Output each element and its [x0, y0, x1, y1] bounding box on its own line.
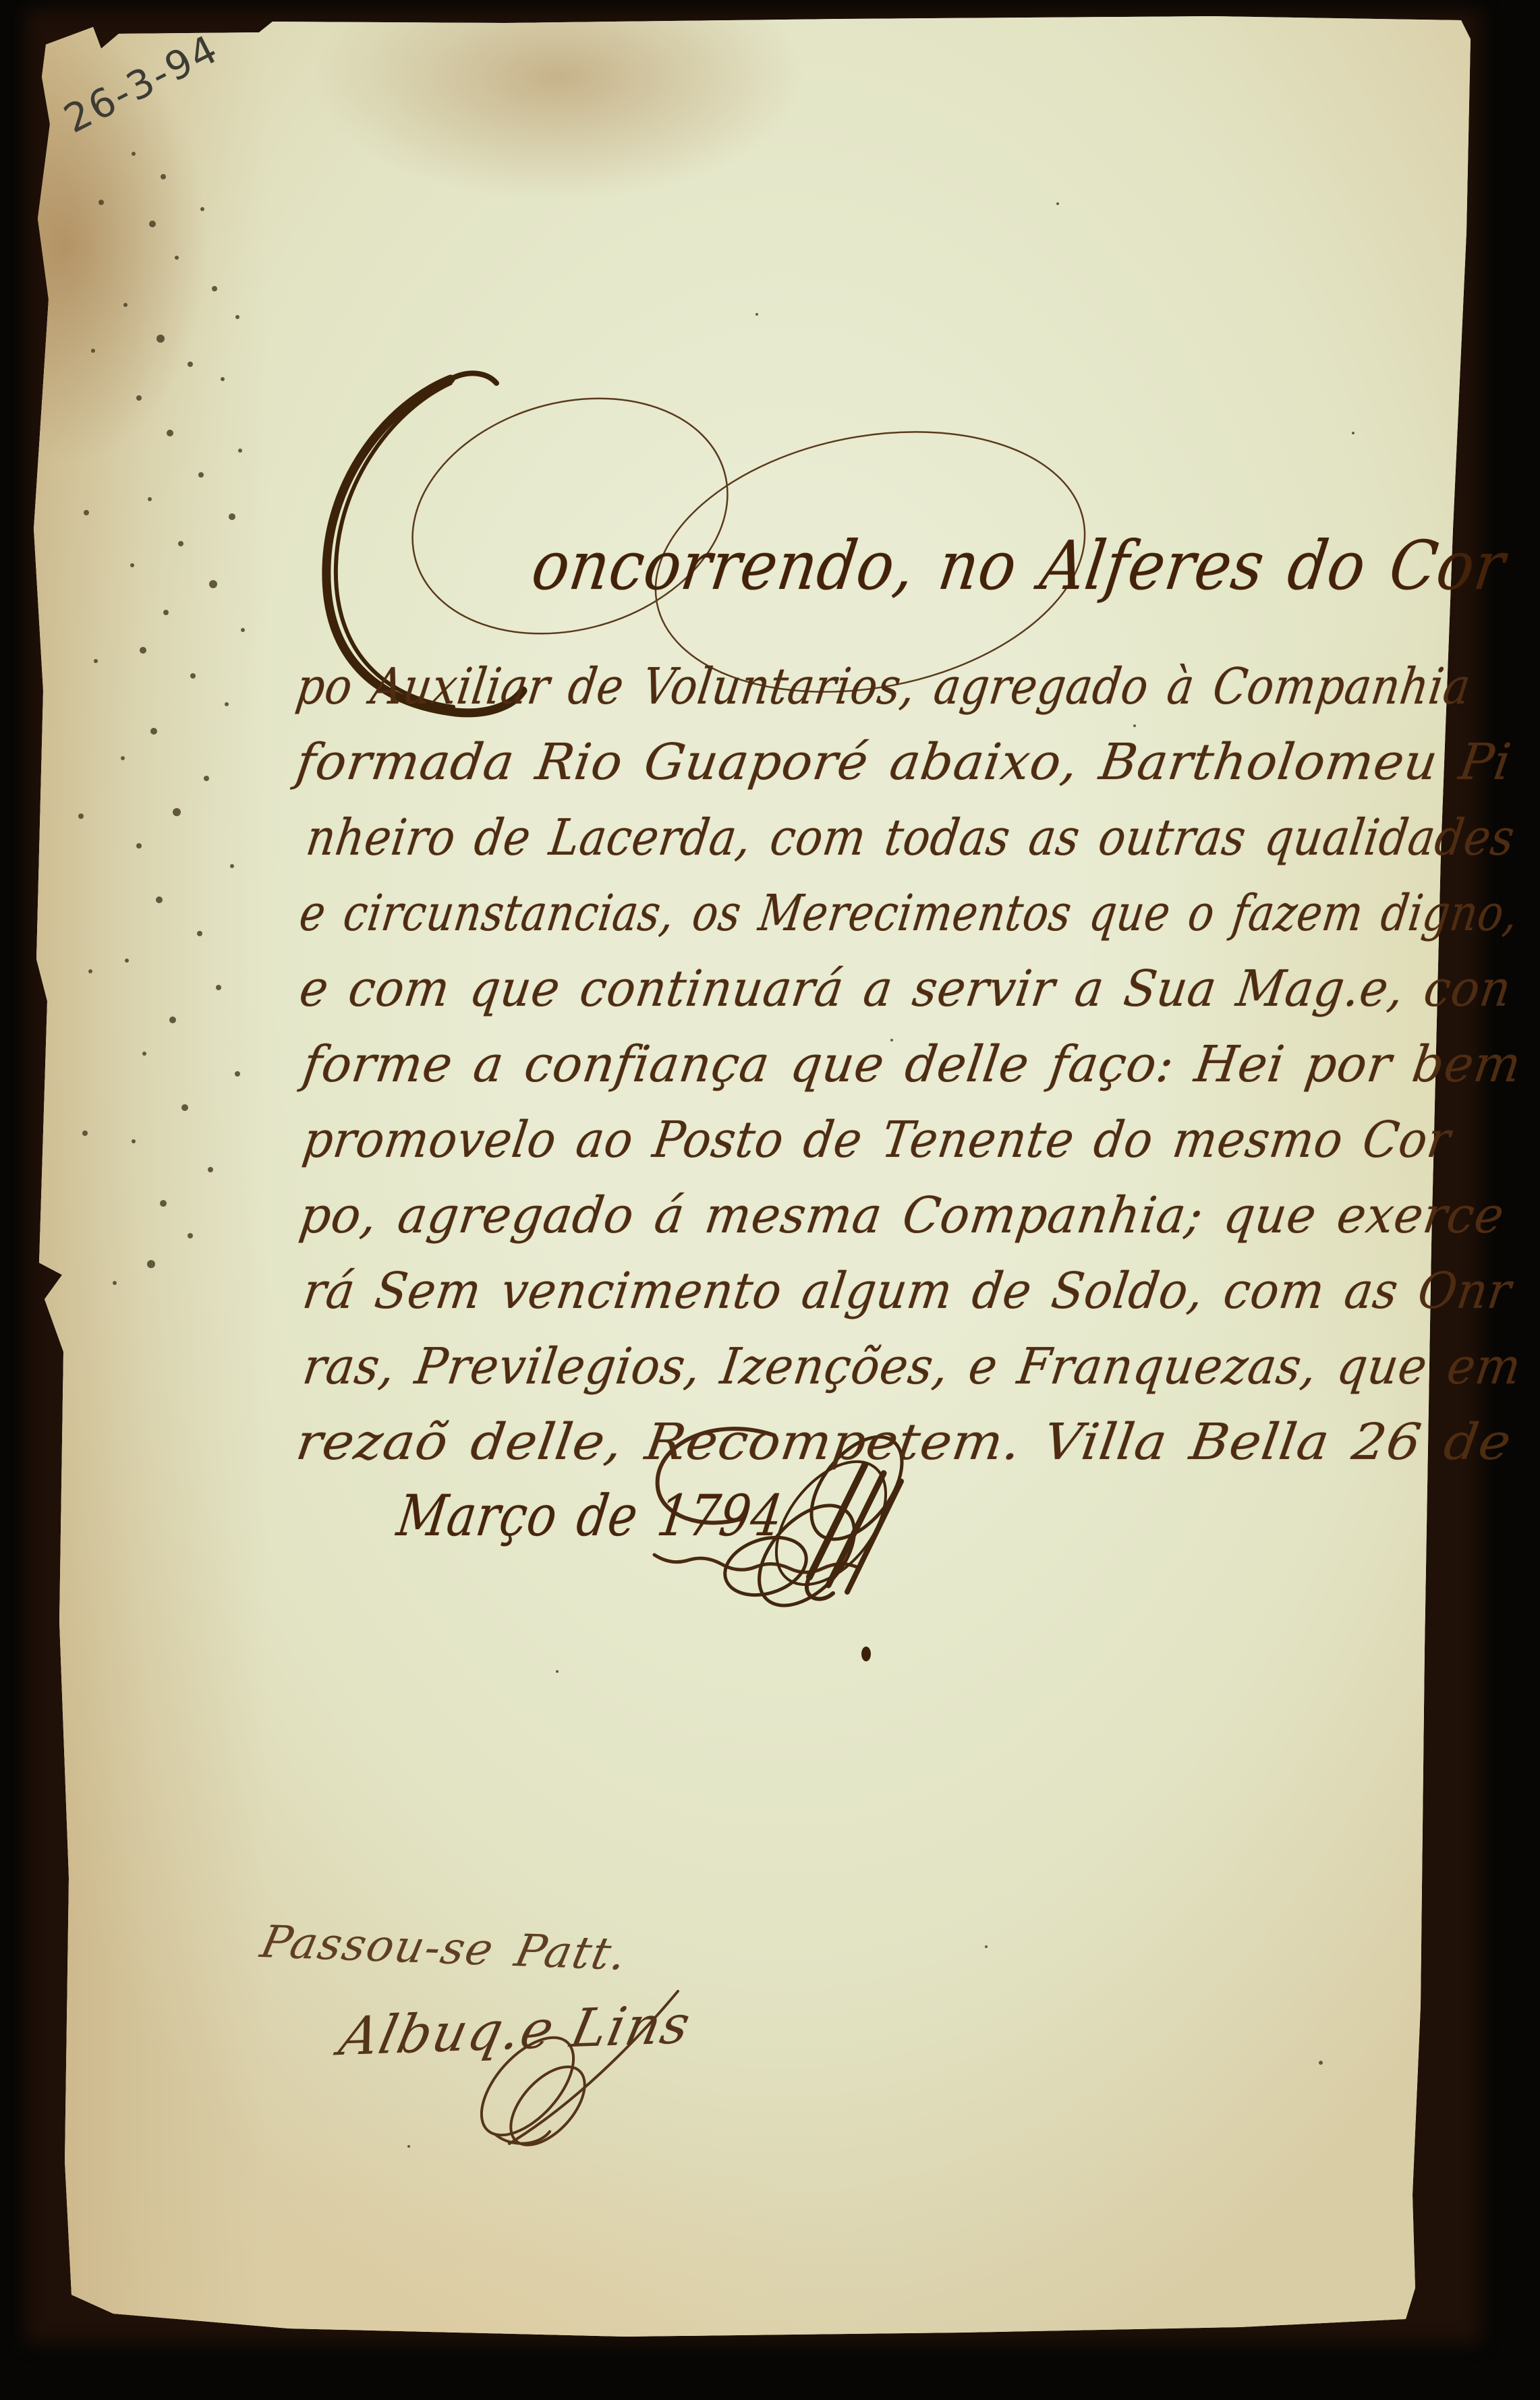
scan-background: C	[0, 0, 1540, 2400]
manuscript-line: forme a confiança que delle faço: Hei po…	[300, 1035, 1525, 1093]
manuscript-line: promovelo ao Posto de Tenente do mesmo C…	[300, 1111, 1454, 1169]
manuscript-line: po, agregado á mesma Companhia; que exer…	[296, 1187, 1508, 1245]
manuscript-line: oncorrendo, no Alferes do Cor	[527, 526, 1510, 605]
manuscript-line: e com que continuará a servir a Sua Mag.…	[296, 960, 1515, 1018]
manuscript-line: po Auxiliar de Voluntarios, agregado à C…	[293, 658, 1475, 716]
manuscript-line: ras, Previlegios, Izenções, e Franquezas…	[300, 1338, 1525, 1396]
ink-dot	[861, 1647, 871, 1661]
manuscript-line: rezaõ delle, Recompetem. Villa Bella 26 …	[293, 1413, 1515, 1471]
manuscript-line: e circunstancias, os Merecimentos que o …	[296, 884, 1522, 942]
manuscript-line: rá Sem vencimento algum de Soldo, com as…	[300, 1262, 1515, 1320]
manuscript-line: formada Rio Guaporé abaixo, Bartholomeu …	[293, 733, 1515, 791]
secretary-signature: Albuq.e Lins	[334, 1995, 696, 2068]
manuscript-line: nheiro de Lacerda, com todas as outras q…	[303, 809, 1518, 867]
manuscript-date-line: Março de 1794	[393, 1483, 787, 1549]
